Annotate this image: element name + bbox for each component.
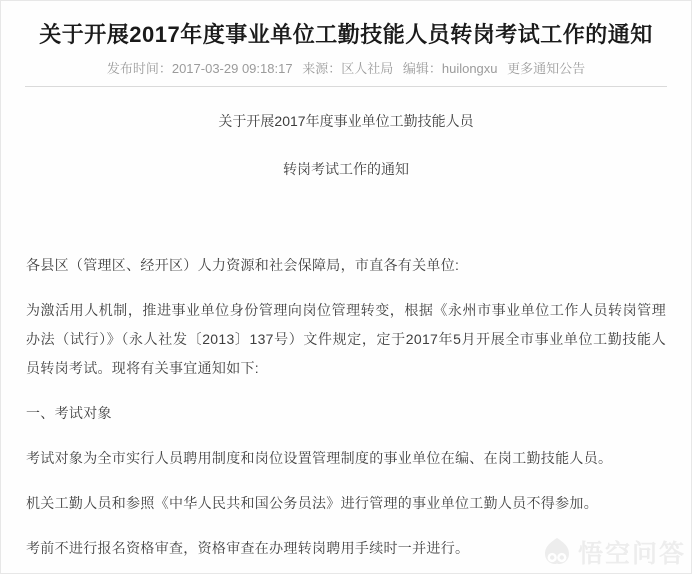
page-title: 关于开展2017年度事业单位工勤技能人员转岗考试工作的通知: [29, 21, 663, 48]
paragraph-salutation: 各县区（管理区、经开区）人力资源和社会保障局，市直各有关单位:: [26, 251, 666, 280]
editor-value: huilongxu: [442, 61, 498, 76]
source-label: 来源：: [302, 61, 341, 76]
paragraph-intro: 为激活用人机制，推进事业单位身份管理向岗位管理转变，根据《永州市事业单位工作人员…: [26, 296, 666, 383]
document-title-line2: 转岗考试工作的通知: [1, 161, 691, 178]
paragraph-qualification-review: 考前不进行报名资格审查，资格审查在办理转岗聘用手续时一并进行。: [26, 534, 666, 563]
publish-time-label: 发布时间：: [107, 61, 172, 76]
paragraph-exam-targets: 考试对象为全市实行人员聘用制度和岗位设置管理制度的事业单位在编、在岗工勤技能人员…: [26, 444, 666, 473]
document-title-block: 关于开展2017年度事业单位工勤技能人员 转岗考试工作的通知: [1, 113, 691, 178]
paragraph-section-one-heading: 一、考试对象: [26, 399, 666, 428]
header-divider: [25, 86, 667, 87]
article-meta: 发布时间：2017-03-29 09:18:17 来源：区人社局 编辑：huil…: [1, 61, 691, 77]
editor-label: 编辑：: [403, 61, 442, 76]
source-value: 区人社局: [341, 61, 393, 76]
notice-article-page: 关于开展2017年度事业单位工勤技能人员转岗考试工作的通知 发布时间：2017-…: [0, 0, 692, 574]
article-body: 各县区（管理区、经开区）人力资源和社会保障局，市直各有关单位: 为激活用人机制，…: [26, 251, 666, 563]
more-notices-link[interactable]: 更多通知公告: [507, 61, 585, 76]
paragraph-exclusions: 机关工勤人员和参照《中华人民共和国公务员法》进行管理的事业单位工勤人员不得参加。: [26, 489, 666, 518]
publish-time-value: 2017-03-29 09:18:17: [172, 61, 293, 76]
document-title-line1: 关于开展2017年度事业单位工勤技能人员: [1, 113, 691, 130]
